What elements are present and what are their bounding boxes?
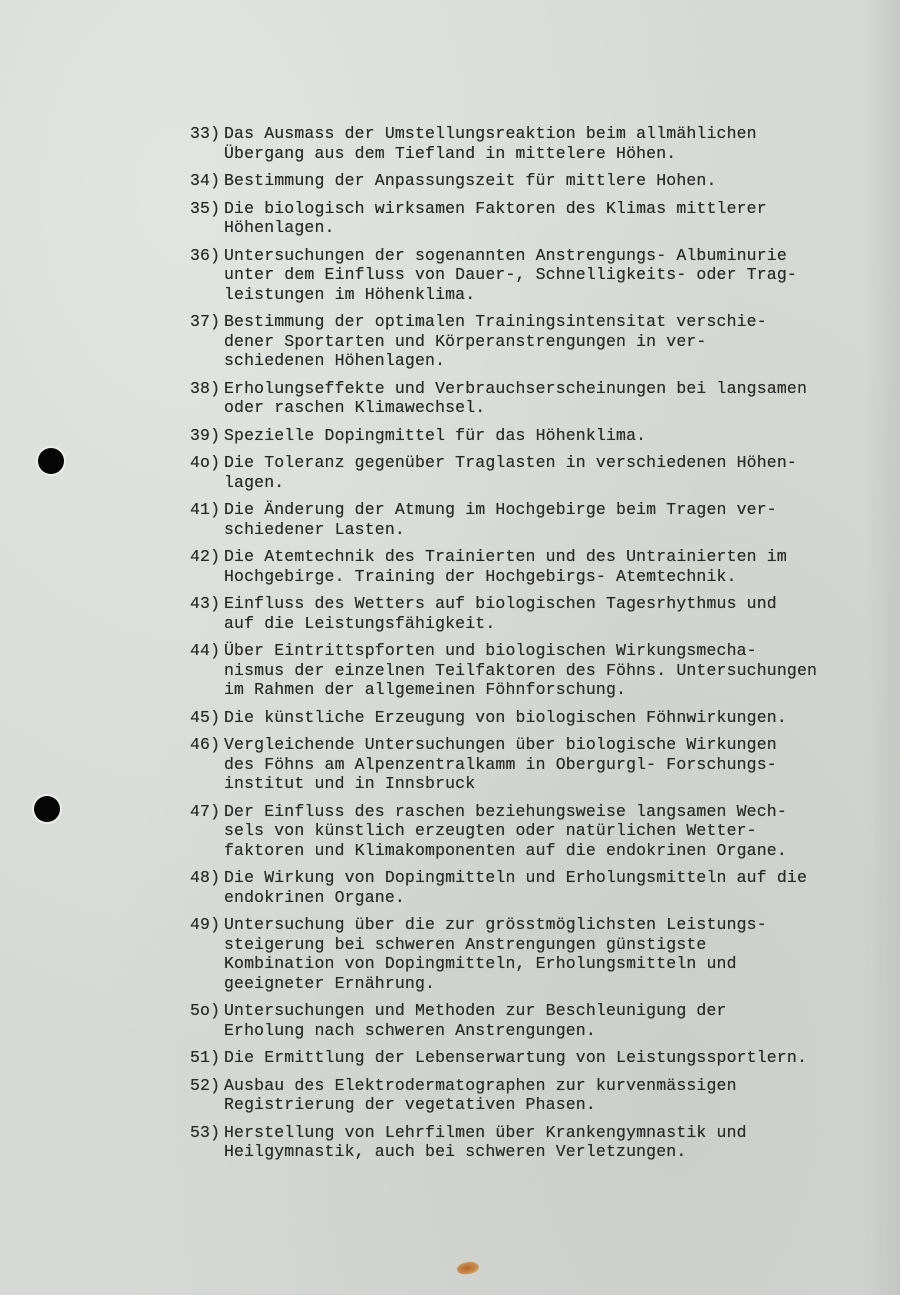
item-number: 51) <box>190 1048 224 1068</box>
item-number: 39) <box>190 426 224 446</box>
list-item: 41)Die Änderung der Atmung im Hochgebirg… <box>190 500 890 539</box>
item-text: Die künstliche Erzeugung von biologische… <box>224 708 890 728</box>
item-number: 33) <box>190 124 224 163</box>
list-item: 39)Spezielle Dopingmittel für das Höhenk… <box>190 426 890 446</box>
list-item: 53)Herstellung von Lehrfilmen über Krank… <box>190 1123 890 1162</box>
list-item: 48)Die Wirkung von Dopingmitteln und Erh… <box>190 868 890 907</box>
item-text: Die Atemtechnik des Trainierten und des … <box>224 547 890 586</box>
item-number: 42) <box>190 547 224 586</box>
punch-hole-bottom <box>34 796 60 822</box>
item-text: Die Ermittlung der Lebenserwartung von L… <box>224 1048 890 1068</box>
research-topic-list: 33)Das Ausmass der Umstellungsreaktion b… <box>190 124 890 1170</box>
punch-hole-top <box>38 448 64 474</box>
list-item: 42)Die Atemtechnik des Trainierten und d… <box>190 547 890 586</box>
item-text: Die Wirkung von Dopingmitteln und Erholu… <box>224 868 890 907</box>
list-item: 35)Die biologisch wirksamen Faktoren des… <box>190 199 890 238</box>
typewritten-page: 33)Das Ausmass der Umstellungsreaktion b… <box>0 0 900 1295</box>
item-number: 41) <box>190 500 224 539</box>
item-text: Der Einfluss des raschen beziehungsweise… <box>224 802 890 861</box>
item-text: Ausbau des Elektrodermatographen zur kur… <box>224 1076 890 1115</box>
item-number: 45) <box>190 708 224 728</box>
item-number: 34) <box>190 171 224 191</box>
item-text: Bestimmung der optimalen Trainingsintens… <box>224 312 890 371</box>
item-text: Die Toleranz gegenüber Traglasten in ver… <box>224 453 890 492</box>
list-item: 38)Erholungseffekte und Verbrauchsersche… <box>190 379 890 418</box>
item-text: Untersuchungen und Methoden zur Beschleu… <box>224 1001 890 1040</box>
rust-stain <box>456 1260 480 1276</box>
item-number: 38) <box>190 379 224 418</box>
item-text: Das Ausmass der Umstellungsreaktion beim… <box>224 124 890 163</box>
item-number: 4o) <box>190 453 224 492</box>
item-number: 49) <box>190 915 224 993</box>
item-number: 43) <box>190 594 224 633</box>
list-item: 47)Der Einfluss des raschen beziehungswe… <box>190 802 890 861</box>
list-item: 45)Die künstliche Erzeugung von biologis… <box>190 708 890 728</box>
item-number: 48) <box>190 868 224 907</box>
list-item: 43)Einfluss des Wetters auf biologischen… <box>190 594 890 633</box>
list-item: 34)Bestimmung der Anpassungszeit für mit… <box>190 171 890 191</box>
item-text: Die Änderung der Atmung im Hochgebirge b… <box>224 500 890 539</box>
list-item: 49)Untersuchung über die zur grösstmögli… <box>190 915 890 993</box>
item-number: 37) <box>190 312 224 371</box>
list-item: 37)Bestimmung der optimalen Trainingsint… <box>190 312 890 371</box>
item-text: Spezielle Dopingmittel für das Höhenklim… <box>224 426 890 446</box>
item-text: Untersuchungen der sogenannten Anstrengu… <box>224 246 890 305</box>
item-text: Vergleichende Untersuchungen über biolog… <box>224 735 890 794</box>
item-text: Erholungseffekte und Verbrauchserscheinu… <box>224 379 890 418</box>
item-text: Untersuchung über die zur grösstmöglichs… <box>224 915 890 993</box>
item-number: 52) <box>190 1076 224 1115</box>
item-number: 46) <box>190 735 224 794</box>
list-item: 46)Vergleichende Untersuchungen über bio… <box>190 735 890 794</box>
list-item: 52)Ausbau des Elektrodermatographen zur … <box>190 1076 890 1115</box>
list-item: 44)Über Eintrittspforten und biologische… <box>190 641 890 700</box>
item-number: 35) <box>190 199 224 238</box>
item-number: 44) <box>190 641 224 700</box>
item-number: 5o) <box>190 1001 224 1040</box>
item-text: Bestimmung der Anpassungszeit für mittle… <box>224 171 890 191</box>
item-number: 53) <box>190 1123 224 1162</box>
list-item: 4o)Die Toleranz gegenüber Traglasten in … <box>190 453 890 492</box>
item-text: Die biologisch wirksamen Faktoren des Kl… <box>224 199 890 238</box>
item-number: 47) <box>190 802 224 861</box>
item-text: Herstellung von Lehrfilmen über Krankeng… <box>224 1123 890 1162</box>
item-text: Über Eintrittspforten und biologischen W… <box>224 641 890 700</box>
list-item: 33)Das Ausmass der Umstellungsreaktion b… <box>190 124 890 163</box>
list-item: 5o)Untersuchungen und Methoden zur Besch… <box>190 1001 890 1040</box>
list-item: 51)Die Ermittlung der Lebenserwartung vo… <box>190 1048 890 1068</box>
item-text: Einfluss des Wetters auf biologischen Ta… <box>224 594 890 633</box>
item-number: 36) <box>190 246 224 305</box>
list-item: 36)Untersuchungen der sogenannten Anstre… <box>190 246 890 305</box>
